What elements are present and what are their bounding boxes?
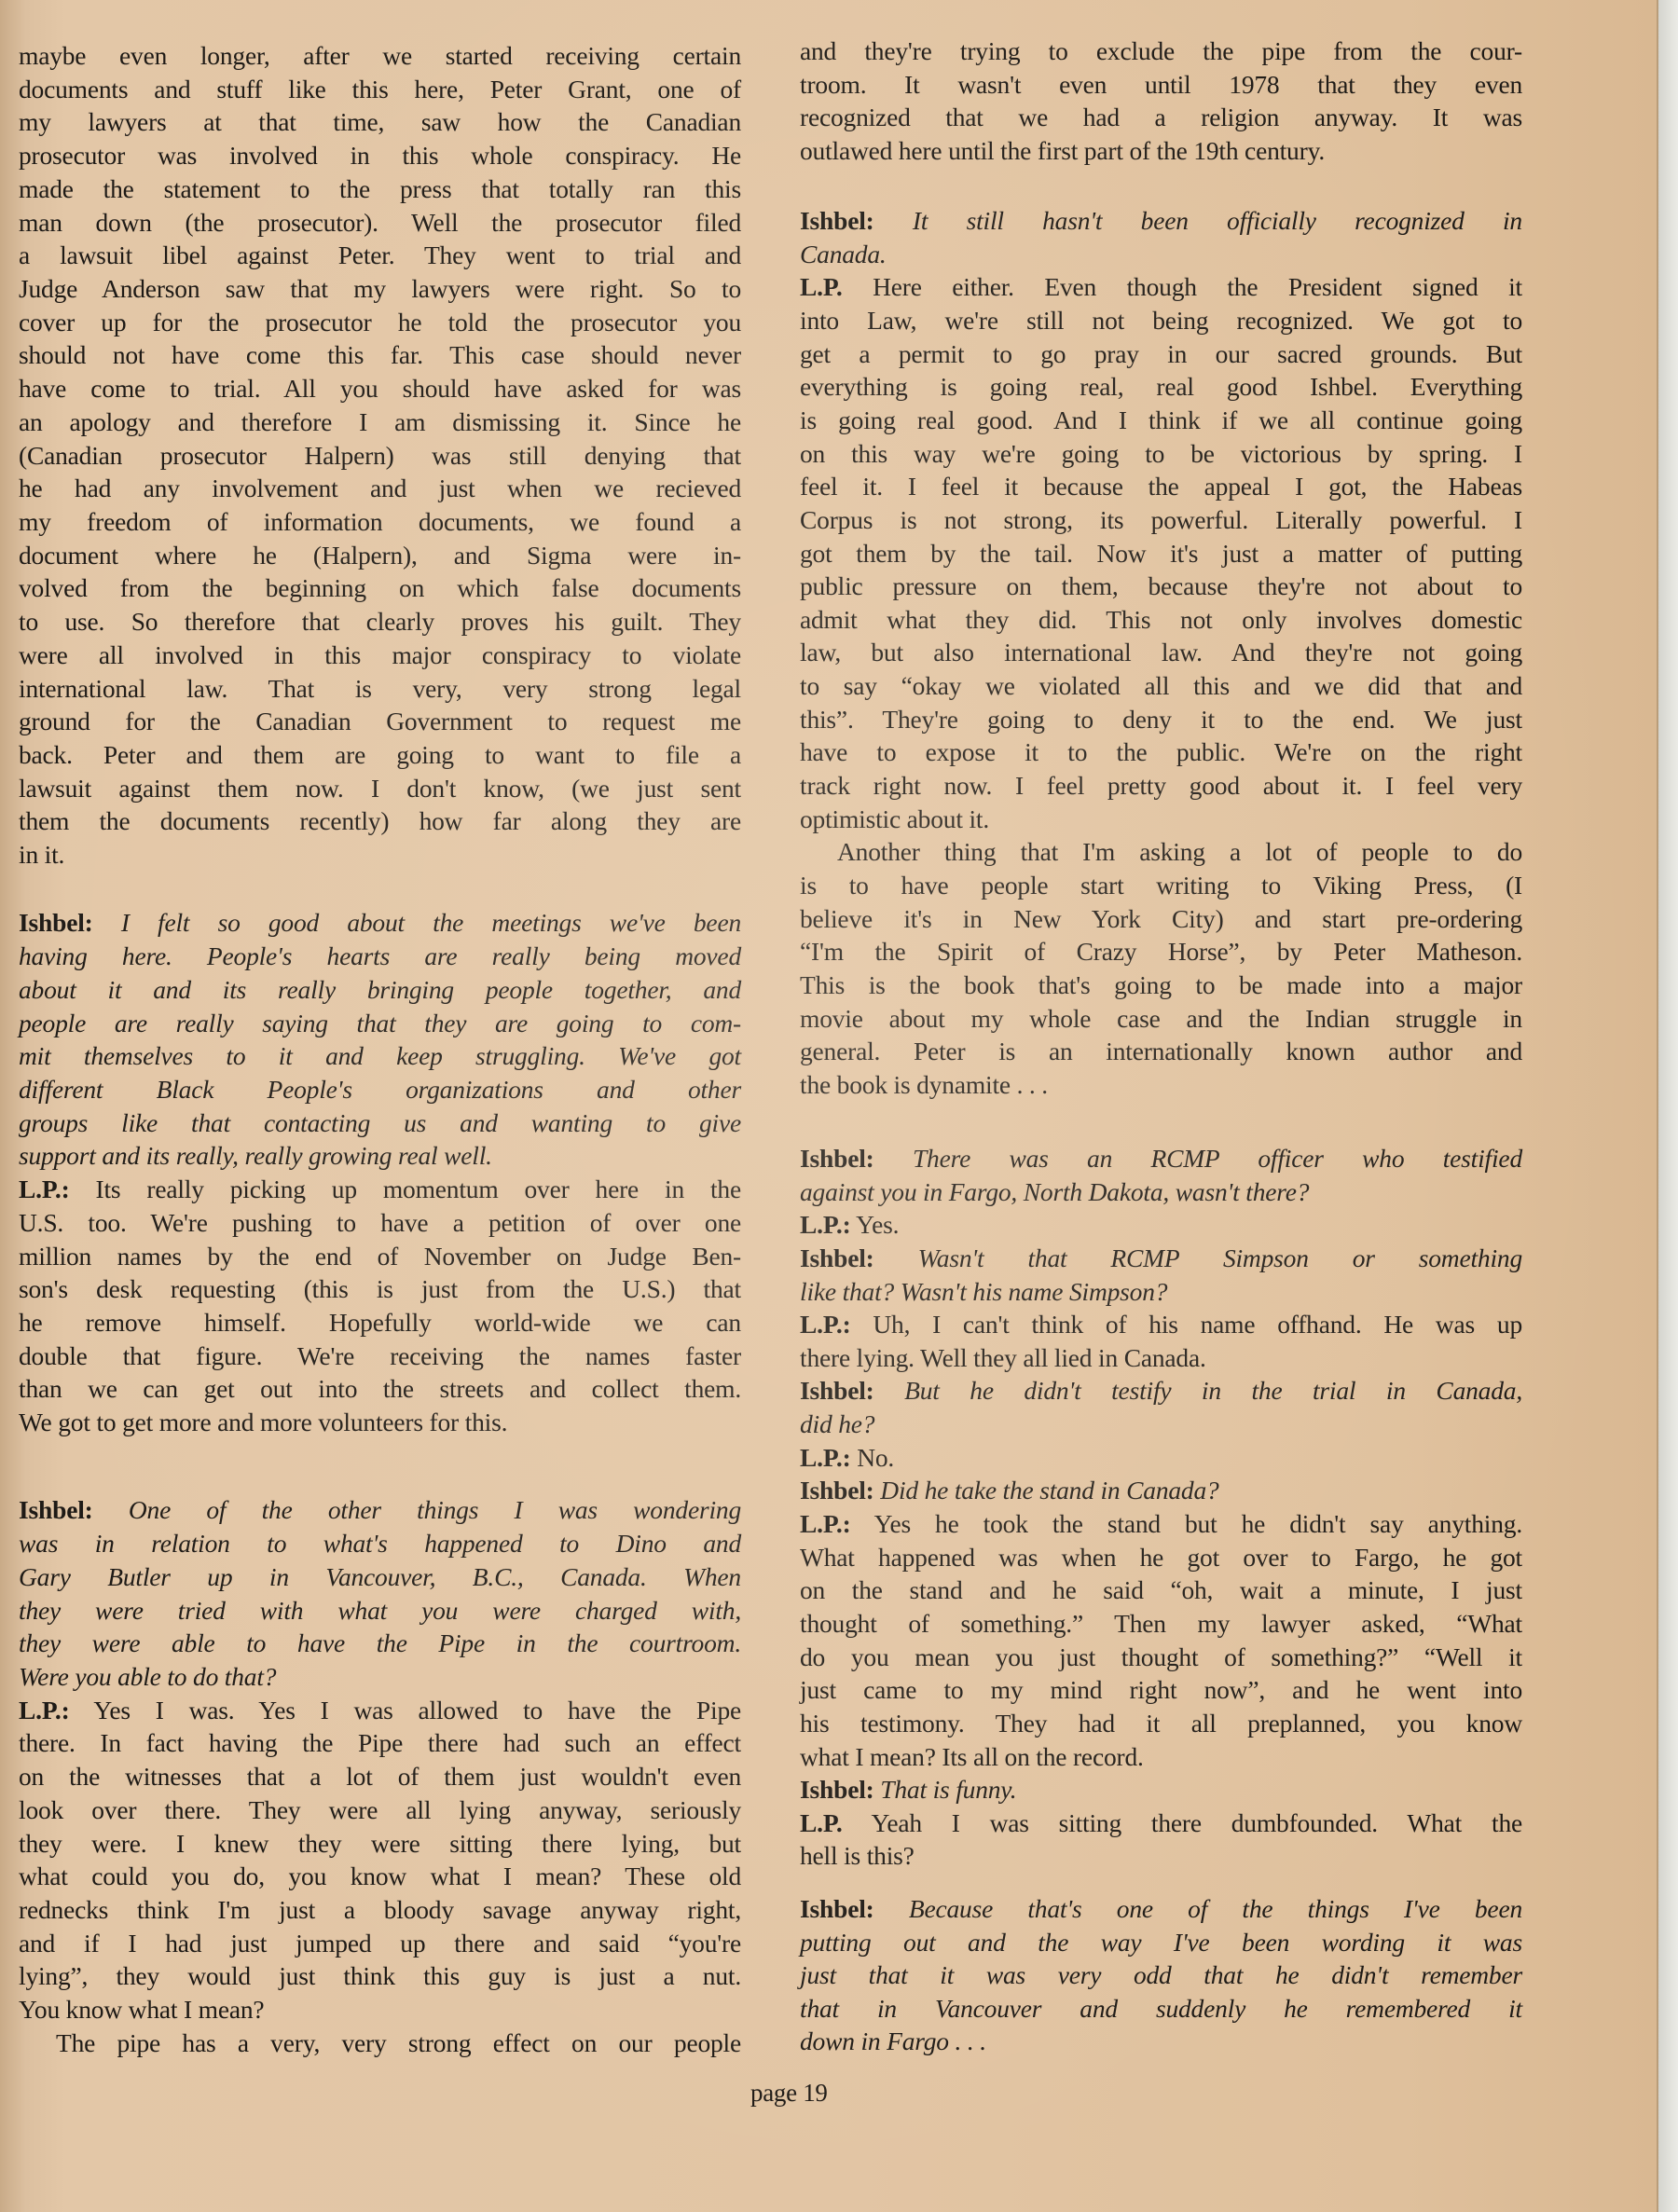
body-text: my freedom of information documents, we … xyxy=(19,507,741,536)
text-line: documents and stuff like this here, Pete… xyxy=(19,76,741,103)
body-text: a lawsuit libel against Peter. They went… xyxy=(19,240,741,269)
body-text: got them by the tail. Now it's just a ma… xyxy=(800,539,1522,568)
body-text: Yeah I was sitting there dumbfounded. Wh… xyxy=(843,1808,1522,1837)
text-line: general. Peter is an internationally kno… xyxy=(800,1037,1522,1065)
interviewer-text: against you in Fargo, North Dakota, wasn… xyxy=(800,1177,1309,1206)
body-text: Uh, I can't think of his name offhand. H… xyxy=(851,1310,1522,1339)
dialogue-line-with-speaker: Ishbel: There was an RCMP officer who te… xyxy=(800,1145,1522,1173)
speaker-label: L.P. xyxy=(800,1808,843,1837)
text-line: on the stand and he said “oh, wait a min… xyxy=(800,1576,1522,1604)
body-text: We got to get more and more volunteers f… xyxy=(19,1408,507,1436)
dialogue-line-with-speaker: Ishbel: Because that's one of the things… xyxy=(800,1895,1522,1923)
speaker-label: Ishbel: xyxy=(800,206,874,235)
body-text: should not have come this far. This case… xyxy=(19,340,741,369)
body-text: an apology and therefore I am dismissing… xyxy=(19,407,741,436)
text-line: they were tried with what you were charg… xyxy=(19,1597,741,1625)
text-line: international law. That is very, very st… xyxy=(19,675,741,703)
body-text: man down (the prosecutor). Well the pros… xyxy=(19,208,741,237)
dialogue-line-with-speaker: L.P.: Its really picking up momentum ove… xyxy=(19,1175,741,1203)
body-text: get a permit to go pray in our sacred gr… xyxy=(800,339,1522,368)
speaker-label: L.P.: xyxy=(19,1696,70,1724)
body-text: than we can get out into the streets and… xyxy=(19,1374,741,1403)
dialogue-line-with-speaker: L.P.: Yes I was. Yes I was allowed to ha… xyxy=(19,1697,741,1724)
text-line: “I'm the Spirit of Crazy Horse”, by Pete… xyxy=(800,938,1522,966)
text-line: having here. People's hearts are really … xyxy=(19,942,741,970)
text-line: rednecks think I'm just a bloody savage … xyxy=(19,1896,741,1924)
body-text: ground for the Canadian Government to re… xyxy=(19,707,741,735)
interviewer-text: One of the other things I was wondering xyxy=(93,1495,741,1524)
body-text: cover up for the prosecutor he told the … xyxy=(19,308,741,337)
text-line: man down (the prosecutor). Well the pros… xyxy=(19,209,741,237)
text-line: document where he (Halpern), and Sigma w… xyxy=(19,542,741,570)
text-line: them the documents recently) how far alo… xyxy=(19,807,741,835)
text-line: law, but also international law. And the… xyxy=(800,639,1522,666)
body-text: this”. They're going to deny it to the e… xyxy=(800,705,1522,734)
dialogue-line-with-speaker: Ishbel: One of the other things I was wo… xyxy=(19,1496,741,1524)
interviewer-text: Because that's one of the things I've be… xyxy=(874,1894,1522,1923)
text-line: to say “okay we violated all this and we… xyxy=(800,672,1522,700)
body-text: What happened was when he got over to Fa… xyxy=(800,1543,1522,1572)
text-line: my lawyers at that time, saw how the Can… xyxy=(19,108,741,136)
dialogue-line-with-speaker: Ishbel: Wasn't that RCMP Simpson or some… xyxy=(800,1244,1522,1272)
text-line: this”. They're going to deny it to the e… xyxy=(800,706,1522,734)
text-line: We got to get more and more volunteers f… xyxy=(19,1408,741,1436)
body-text: movie about my whole case and the Indian… xyxy=(800,1004,1522,1033)
text-line: ground for the Canadian Government to re… xyxy=(19,708,741,735)
text-line: This is the book that's going to be made… xyxy=(800,971,1522,999)
text-line: like that? Wasn't his name Simpson? xyxy=(800,1278,1522,1306)
text-line: about it and its really bringing people … xyxy=(19,976,741,1004)
body-text: international law. That is very, very st… xyxy=(19,674,741,703)
text-line: everything is going real, real good Ishb… xyxy=(800,373,1522,401)
body-text: is going real good. And I think if we al… xyxy=(800,405,1522,434)
interviewer-text: It still hasn't been officially recogniz… xyxy=(874,206,1522,235)
text-line: lying”, they would just think this guy i… xyxy=(19,1962,741,1990)
body-text: into Law, we're still not being recogniz… xyxy=(800,306,1522,335)
text-line: should not have come this far. This case… xyxy=(19,341,741,369)
interviewer-text: Did he take the stand in Canada? xyxy=(874,1476,1219,1504)
text-line: support and its really, really growing r… xyxy=(19,1142,741,1170)
body-text: Corpus is not strong, its powerful. Lite… xyxy=(800,505,1522,534)
body-text: general. Peter is an internationally kno… xyxy=(800,1037,1522,1065)
dialogue-line-with-speaker: L.P. Here either. Even though the Presid… xyxy=(800,273,1522,301)
body-text: look over there. They were all lying any… xyxy=(19,1795,741,1824)
body-text: on the witnesses that a lot of them just… xyxy=(19,1762,741,1791)
text-line: there lying. Well they all lied in Canad… xyxy=(800,1344,1522,1372)
text-line: there. In fact having the Pipe there had… xyxy=(19,1729,741,1757)
text-line: and they're trying to exclude the pipe f… xyxy=(800,37,1522,65)
text-line: Corpus is not strong, its powerful. Lite… xyxy=(800,506,1522,534)
text-line: volved from the beginning on which false… xyxy=(19,574,741,602)
body-text: Its really picking up momentum over here… xyxy=(70,1175,741,1203)
body-text: son's desk requesting (this is just from… xyxy=(19,1274,741,1303)
interviewer-text: they were able to have the Pipe in the c… xyxy=(19,1628,741,1657)
body-text: have to expose it to the public. We're o… xyxy=(800,737,1522,766)
text-line: he remove himself. Hopefully world-wide … xyxy=(19,1309,741,1337)
dialogue-line-with-speaker: L.P.: Yes. xyxy=(800,1211,1522,1239)
interviewer-text: was in relation to what's happened to Di… xyxy=(19,1529,741,1558)
text-line: maybe even longer, after we started rece… xyxy=(19,42,741,70)
text-line: U.S. too. We're pushing to have a petiti… xyxy=(19,1209,741,1237)
body-text: maybe even longer, after we started rece… xyxy=(19,41,741,70)
interviewer-text: like that? Wasn't his name Simpson? xyxy=(800,1277,1167,1306)
body-text: You know what I mean? xyxy=(19,1995,264,2024)
text-line: Another thing that I'm asking a lot of p… xyxy=(800,838,1522,866)
text-line: different Black People's organizations a… xyxy=(19,1076,741,1104)
body-text: recognized that we had a religion anyway… xyxy=(800,103,1522,131)
text-line: what I mean? Its all on the record. xyxy=(800,1743,1522,1771)
text-line: they were. I knew they were sitting ther… xyxy=(19,1830,741,1858)
body-text: on this way we're going to be victorious… xyxy=(800,439,1522,468)
text-line: what could you do, you know what I mean?… xyxy=(19,1862,741,1890)
dialogue-line-with-speaker: Ishbel: But he didn't testify in the tri… xyxy=(800,1377,1522,1405)
text-line: the book is dynamite . . . xyxy=(800,1071,1522,1099)
text-line: my freedom of information documents, we … xyxy=(19,508,741,536)
dialogue-line-with-speaker: L.P. Yeah I was sitting there dumbfounde… xyxy=(800,1809,1522,1837)
dialogue-line-with-speaker: Ishbel: That is funny. xyxy=(800,1776,1522,1804)
text-line: his testimony. They had it all preplanne… xyxy=(800,1710,1522,1738)
text-line: than we can get out into the streets and… xyxy=(19,1375,741,1403)
body-text: The pipe has a very, very strong effect … xyxy=(56,2028,741,2057)
body-text: outlawed here until the first part of th… xyxy=(800,136,1325,165)
text-line: million names by the end of November on … xyxy=(19,1243,741,1271)
body-text: just came to my mind right now”, and he … xyxy=(800,1675,1522,1704)
body-text: my lawyers at that time, saw how the Can… xyxy=(19,107,741,136)
text-line: against you in Fargo, North Dakota, wasn… xyxy=(800,1178,1522,1206)
speaker-label: Ishbel: xyxy=(800,1376,874,1405)
body-text: he remove himself. Hopefully world-wide … xyxy=(19,1308,741,1337)
body-text: rednecks think I'm just a bloody savage … xyxy=(19,1895,741,1924)
speaker-label: Ishbel: xyxy=(800,1144,874,1173)
magazine-page: maybe even longer, after we started rece… xyxy=(0,0,1658,2212)
body-text: Yes he took the stand but he didn't say … xyxy=(851,1509,1522,1538)
text-line: an apology and therefore I am dismissing… xyxy=(19,408,741,436)
text-line: was in relation to what's happened to Di… xyxy=(19,1530,741,1558)
body-text: there. In fact having the Pipe there had… xyxy=(19,1728,741,1757)
body-text: what I mean? Its all on the record. xyxy=(800,1742,1144,1771)
dialogue-line-with-speaker: Ishbel: I felt so good about the meeting… xyxy=(19,909,741,937)
body-text: optimistic about it. xyxy=(800,804,989,833)
text-line: lawsuit against them now. I don't know, … xyxy=(19,775,741,803)
interviewer-text: There was an RCMP officer who testified xyxy=(874,1144,1522,1173)
interviewer-text: Gary Butler up in Vancouver, B.C., Canad… xyxy=(19,1562,741,1591)
text-line: is to have people start writing to Vikin… xyxy=(800,872,1522,900)
body-text: million names by the end of November on … xyxy=(19,1242,741,1271)
interviewer-text: Were you able to do that? xyxy=(19,1662,276,1691)
text-line: putting out and the way I've been wordin… xyxy=(800,1929,1522,1957)
interviewer-text: that in Vancouver and suddenly he rememb… xyxy=(800,1994,1522,2023)
body-text: prosecutor was involved in this whole co… xyxy=(19,141,741,170)
text-line: just came to my mind right now”, and he … xyxy=(800,1676,1522,1704)
text-line: outlawed here until the first part of th… xyxy=(800,137,1522,165)
body-text: Here either. Even though the President s… xyxy=(843,272,1522,301)
body-text: made the statement to the press that tot… xyxy=(19,174,741,203)
body-text: and they're trying to exclude the pipe f… xyxy=(800,36,1522,65)
body-text: Judge Anderson saw that my lawyers were … xyxy=(19,274,741,303)
interviewer-text: I felt so good about the meetings we've … xyxy=(93,908,741,937)
body-text: the book is dynamite . . . xyxy=(800,1070,1048,1099)
body-text: lawsuit against them now. I don't know, … xyxy=(19,774,741,803)
body-text: No. xyxy=(851,1443,895,1472)
interviewer-text: different Black People's organizations a… xyxy=(19,1075,741,1104)
body-text: them the documents recently) how far alo… xyxy=(19,806,741,835)
text-line: in it. xyxy=(19,841,741,869)
body-text: U.S. too. We're pushing to have a petiti… xyxy=(19,1208,741,1237)
text-line: feel it. I feel it because the appeal I … xyxy=(800,473,1522,501)
text-line: prosecutor was involved in this whole co… xyxy=(19,142,741,170)
body-text: “I'm the Spirit of Crazy Horse”, by Pete… xyxy=(800,937,1522,966)
interviewer-text: Wasn't that RCMP Simpson or something xyxy=(874,1243,1522,1272)
body-text: believe it's in New York City) and start… xyxy=(800,904,1522,933)
text-line: a lawsuit libel against Peter. They went… xyxy=(19,241,741,269)
speaker-label: L.P.: xyxy=(800,1509,851,1538)
body-text: there lying. Well they all lied in Canad… xyxy=(800,1343,1206,1372)
interviewer-text: just that it was very odd that he didn't… xyxy=(800,1960,1522,1989)
text-line: You know what I mean? xyxy=(19,1996,741,2024)
text-line: cover up for the prosecutor he told the … xyxy=(19,309,741,337)
body-text: feel it. I feel it because the appeal I … xyxy=(800,472,1522,501)
body-text: hell is this? xyxy=(800,1841,915,1870)
interviewer-text: groups like that contacting us and wanti… xyxy=(19,1108,741,1137)
body-text: is to have people start writing to Vikin… xyxy=(800,871,1522,900)
text-line: Gary Butler up in Vancouver, B.C., Canad… xyxy=(19,1563,741,1591)
body-text: have come to trial. All you should have … xyxy=(19,374,741,403)
text-line: just that it was very odd that he didn't… xyxy=(800,1961,1522,1989)
body-text: This is the book that's going to be made… xyxy=(800,970,1522,999)
dialogue-line-with-speaker: Ishbel: Did he take the stand in Canada? xyxy=(800,1477,1522,1504)
scan-background-strip xyxy=(1658,0,1678,2212)
text-line: thought of something.” Then my lawyer as… xyxy=(800,1610,1522,1638)
text-line: into Law, we're still not being recogniz… xyxy=(800,307,1522,335)
body-text: to say “okay we violated all this and we… xyxy=(800,671,1522,700)
dialogue-line-with-speaker: L.P.: No. xyxy=(800,1444,1522,1472)
body-text: law, but also international law. And the… xyxy=(800,638,1522,666)
text-line: public pressure on them, because they're… xyxy=(800,572,1522,600)
body-text: Another thing that I'm asking a lot of p… xyxy=(837,837,1522,866)
interviewer-text: they were tried with what you were charg… xyxy=(19,1596,741,1625)
text-line: hell is this? xyxy=(800,1842,1522,1870)
text-line: made the statement to the press that tot… xyxy=(19,175,741,203)
text-line: son's desk requesting (this is just from… xyxy=(19,1275,741,1303)
body-text: volved from the beginning on which false… xyxy=(19,573,741,602)
text-line: get a permit to go pray in our sacred gr… xyxy=(800,340,1522,368)
body-text: track right now. I feel pretty good abou… xyxy=(800,771,1522,800)
body-text: document where he (Halpern), and Sigma w… xyxy=(19,541,741,570)
text-line: they were able to have the Pipe in the c… xyxy=(19,1629,741,1657)
interviewer-text: Canada. xyxy=(800,240,887,268)
interviewer-text: putting out and the way I've been wordin… xyxy=(800,1928,1522,1957)
dialogue-line-with-speaker: Ishbel: It still hasn't been officially … xyxy=(800,207,1522,235)
text-line: is going real good. And I think if we al… xyxy=(800,406,1522,434)
text-line: did he? xyxy=(800,1410,1522,1438)
text-line: do you mean you just thought of somethin… xyxy=(800,1643,1522,1671)
body-text: were all involved in this major conspira… xyxy=(19,640,741,669)
speaker-label: L.P.: xyxy=(800,1310,851,1339)
interviewer-text: That is funny. xyxy=(874,1775,1017,1804)
body-text: and if I had just jumped up there and sa… xyxy=(19,1929,741,1958)
text-line: down in Fargo . . . xyxy=(800,2027,1522,2055)
text-line: track right now. I feel pretty good abou… xyxy=(800,772,1522,800)
body-text: everything is going real, real good Ishb… xyxy=(800,372,1522,401)
speaker-label: L.P.: xyxy=(19,1175,70,1203)
dialogue-line-with-speaker: L.P.: Yes he took the stand but he didn'… xyxy=(800,1510,1522,1538)
body-text: documents and stuff like this here, Pete… xyxy=(19,75,741,103)
body-text: they were. I knew they were sitting ther… xyxy=(19,1829,741,1858)
body-text: what could you do, you know what I mean?… xyxy=(19,1862,741,1890)
body-text: his testimony. They had it all preplanne… xyxy=(800,1709,1522,1738)
text-line: on the witnesses that a lot of them just… xyxy=(19,1763,741,1791)
interviewer-text: support and its really, really growing r… xyxy=(19,1141,492,1170)
text-line: Judge Anderson saw that my lawyers were … xyxy=(19,275,741,303)
body-text: do you mean you just thought of somethin… xyxy=(800,1642,1522,1671)
text-line: were all involved in this major conspira… xyxy=(19,641,741,669)
text-line: people are really saying that they are g… xyxy=(19,1010,741,1037)
body-text: on the stand and he said “oh, wait a min… xyxy=(800,1575,1522,1604)
speaker-label: Ishbel: xyxy=(800,1775,874,1804)
text-line: troom. It wasn't even until 1978 that th… xyxy=(800,71,1522,99)
body-text: troom. It wasn't even until 1978 that th… xyxy=(800,70,1522,99)
text-line: movie about my whole case and the Indian… xyxy=(800,1005,1522,1033)
body-text: lying”, they would just think this guy i… xyxy=(19,1961,741,1990)
text-line: believe it's in New York City) and start… xyxy=(800,905,1522,933)
speaker-label: Ishbel: xyxy=(800,1243,874,1272)
interviewer-text: people are really saying that they are g… xyxy=(19,1009,741,1037)
interviewer-text: down in Fargo . . . xyxy=(800,2027,986,2055)
body-text: in it. xyxy=(19,840,64,869)
body-text: double that figure. We're receiving the … xyxy=(19,1341,741,1370)
body-text: to use. So therefore that clearly proves… xyxy=(19,607,741,636)
interviewer-text: mit themselves to it and keep struggling… xyxy=(19,1041,741,1070)
text-line: recognized that we had a religion anyway… xyxy=(800,103,1522,131)
text-line: and if I had just jumped up there and sa… xyxy=(19,1930,741,1958)
speaker-label: Ishbel: xyxy=(800,1894,874,1923)
text-line: mit themselves to it and keep struggling… xyxy=(19,1042,741,1070)
text-line: (Canadian prosecutor Halpern) was still … xyxy=(19,442,741,470)
body-text: Yes I was. Yes I was allowed to have the… xyxy=(70,1696,741,1724)
dialogue-line-with-speaker: L.P.: Uh, I can't think of his name offh… xyxy=(800,1311,1522,1339)
text-line: What happened was when he got over to Fa… xyxy=(800,1544,1522,1572)
interviewer-text: having here. People's hearts are really … xyxy=(19,941,741,970)
speaker-label: L.P.: xyxy=(800,1210,851,1239)
speaker-label: Ishbel: xyxy=(800,1476,874,1504)
body-text: public pressure on them, because they're… xyxy=(800,571,1522,600)
speaker-label: L.P.: xyxy=(800,1443,851,1472)
speaker-label: Ishbel: xyxy=(19,908,93,937)
text-line: double that figure. We're receiving the … xyxy=(19,1342,741,1370)
interviewer-text: about it and its really bringing people … xyxy=(19,975,741,1004)
body-text: (Canadian prosecutor Halpern) was still … xyxy=(19,441,741,470)
text-line: on this way we're going to be victorious… xyxy=(800,440,1522,468)
text-line: he had any involvement and just when we … xyxy=(19,474,741,502)
page-number: page 19 xyxy=(750,2079,828,2108)
text-line: have to expose it to the public. We're o… xyxy=(800,738,1522,766)
text-line: Canada. xyxy=(800,240,1522,268)
text-line: admit what they did. This not only invol… xyxy=(800,606,1522,634)
text-line: to use. So therefore that clearly proves… xyxy=(19,608,741,636)
speaker-label: Ishbel: xyxy=(19,1495,93,1524)
text-line: groups like that contacting us and wanti… xyxy=(19,1109,741,1137)
text-line: The pipe has a very, very strong effect … xyxy=(19,2029,741,2057)
body-text: Yes. xyxy=(851,1210,900,1239)
interviewer-text: But he didn't testify in the trial in Ca… xyxy=(874,1376,1522,1405)
body-text: thought of something.” Then my lawyer as… xyxy=(800,1609,1522,1638)
text-line: have come to trial. All you should have … xyxy=(19,375,741,403)
body-text: back. Peter and them are going to want t… xyxy=(19,740,741,769)
speaker-label: L.P. xyxy=(800,272,843,301)
text-line: back. Peter and them are going to want t… xyxy=(19,741,741,769)
text-line: that in Vancouver and suddenly he rememb… xyxy=(800,1995,1522,2023)
body-text: he had any involvement and just when we … xyxy=(19,474,741,502)
text-line: optimistic about it. xyxy=(800,805,1522,833)
body-text: admit what they did. This not only invol… xyxy=(800,605,1522,634)
interviewer-text: did he? xyxy=(800,1409,874,1438)
text-line: got them by the tail. Now it's just a ma… xyxy=(800,540,1522,568)
text-line: look over there. They were all lying any… xyxy=(19,1796,741,1824)
text-line: Were you able to do that? xyxy=(19,1663,741,1691)
